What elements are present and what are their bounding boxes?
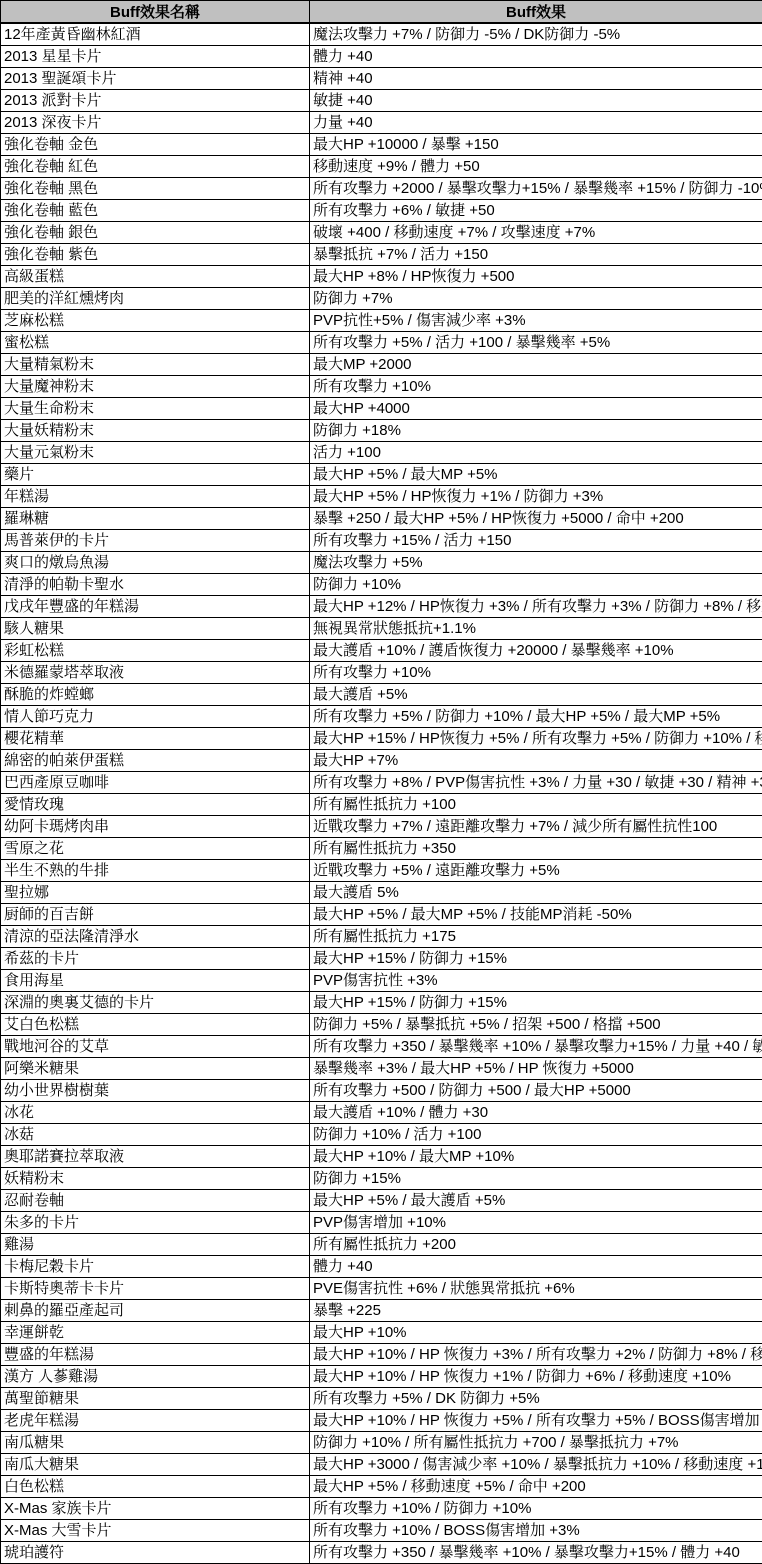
table-row: 大量精氣粉末 最大MP +2000: [1, 354, 762, 376]
item-name-cell: 強化卷軸 銀色: [1, 222, 310, 244]
table-row: 酥脆的炸螳螂 最大護盾 +5%: [1, 684, 762, 706]
table-row: 漢方 人蔘雞湯 最大HP +10% / HP 恢復力 +1% / 防御力 +6%…: [1, 1366, 762, 1388]
table-row: 高級蛋糕 最大HP +8% / HP恢復力 +500: [1, 266, 762, 288]
item-effect-cell: 所有攻擊力 +6% / 敏捷 +50: [310, 200, 762, 222]
item-name-cell: 半生不熟的牛排: [1, 860, 310, 882]
item-effect-cell: 活力 +100: [310, 442, 762, 464]
item-effect-cell: 所有屬性抵抗力 +200: [310, 1234, 762, 1256]
item-effect-cell: 最大護盾 5%: [310, 882, 762, 904]
item-effect-cell: 所有攻擊力 +2000 / 暴擊攻擊力+15% / 暴擊幾率 +15% / 防御…: [310, 178, 762, 200]
item-effect-cell: 防御力 +7%: [310, 288, 762, 310]
item-effect-cell: 暴擊 +225: [310, 1300, 762, 1322]
table-row: 駭人糖果 無視異常狀態抵抗+1.1%: [1, 618, 762, 640]
item-effect-cell: 最大HP +8% / HP恢復力 +500: [310, 266, 762, 288]
item-name-cell: 忍耐卷軸: [1, 1190, 310, 1212]
item-effect-cell: 近戰攻擊力 +7% / 遠距離攻擊力 +7% / 減少所有屬性抗性100: [310, 816, 762, 838]
table-row: 強化卷軸 金色 最大HP +10000 / 暴擊 +150: [1, 134, 762, 156]
table-row: 卡斯特奧蒂卡卡片 PVE傷害抗性 +6% / 狀態異常抵抗 +6%: [1, 1278, 762, 1300]
table-row: 芝麻松糕 PVP抗性+5% / 傷害減少率 +3%: [1, 310, 762, 332]
item-effect-cell: PVP抗性+5% / 傷害減少率 +3%: [310, 310, 762, 332]
item-effect-cell: 無視異常狀態抵抗+1.1%: [310, 618, 762, 640]
item-name-cell: 朱多的卡片: [1, 1212, 310, 1234]
table-row: 清淨的帕勒卡聖水 防御力 +10%: [1, 574, 762, 596]
item-effect-cell: 敏捷 +40: [310, 90, 762, 112]
item-name-cell: 幼小世界樹樹葉: [1, 1080, 310, 1102]
item-effect-cell: 防御力 +10% / 活力 +100: [310, 1124, 762, 1146]
item-name-cell: 大量魔神粉末: [1, 376, 310, 398]
table-row: 妖精粉末 防御力 +15%: [1, 1168, 762, 1190]
table-row: 幼阿卡瑪烤肉串 近戰攻擊力 +7% / 遠距離攻擊力 +7% / 減少所有屬性抗…: [1, 816, 762, 838]
item-name-cell: 南瓜糖果: [1, 1432, 310, 1454]
table-row: 食用海星 PVP傷害抗性 +3%: [1, 970, 762, 992]
item-name-cell: 藥片: [1, 464, 310, 486]
item-name-cell: 老虎年糕湯: [1, 1410, 310, 1432]
table-row: 強化卷軸 藍色 所有攻擊力 +6% / 敏捷 +50: [1, 200, 762, 222]
item-name-cell: 2013 星星卡片: [1, 46, 310, 68]
item-name-cell: 大量元氣粉末: [1, 442, 310, 464]
item-effect-cell: 所有攻擊力 +15% / 活力 +150: [310, 530, 762, 552]
item-name-cell: 希茲的卡片: [1, 948, 310, 970]
table-row: 卡梅尼穀卡片 體力 +40: [1, 1256, 762, 1278]
item-name-cell: 強化卷軸 黑色: [1, 178, 310, 200]
item-name-cell: 清淨的帕勒卡聖水: [1, 574, 310, 596]
item-name-cell: 戊戌年豐盛的年糕湯: [1, 596, 310, 618]
item-name-cell: 酥脆的炸螳螂: [1, 684, 310, 706]
table-row: 忍耐卷軸 最大HP +5% / 最大護盾 +5%: [1, 1190, 762, 1212]
item-name-cell: 雞湯: [1, 1234, 310, 1256]
item-effect-cell: 最大HP +7%: [310, 750, 762, 772]
item-name-cell: 駭人糖果: [1, 618, 310, 640]
item-name-cell: 幸運餅乾: [1, 1322, 310, 1344]
item-effect-cell: 最大HP +10% / HP 恢復力 +5% / 所有攻擊力 +5% / BOS…: [310, 1410, 762, 1432]
table-row: X-Mas 家族卡片 所有攻擊力 +10% / 防御力 +10%: [1, 1498, 762, 1520]
item-effect-cell: 所有屬性抵抗力 +100: [310, 794, 762, 816]
table-row: 藥片 最大HP +5% / 最大MP +5%: [1, 464, 762, 486]
item-effect-cell: 最大HP +10000 / 暴擊 +150: [310, 134, 762, 156]
table-row: 厨師的百吉餅 最大HP +5% / 最大MP +5% / 技能MP消耗 -50%: [1, 904, 762, 926]
item-name-cell: 白色松糕: [1, 1476, 310, 1498]
buff-table-body: 12年產黃昏幽林紅酒 魔法攻擊力 +7% / 防御力 -5% / DK防御力 -…: [1, 23, 762, 1564]
table-row: 馬普萊伊的卡片 所有攻擊力 +15% / 活力 +150: [1, 530, 762, 552]
item-effect-cell: 最大HP +10% / HP 恢復力 +1% / 防御力 +6% / 移動速度 …: [310, 1366, 762, 1388]
table-row: 羅琳糖 暴擊 +250 / 最大HP +5% / HP恢復力 +5000 / 命…: [1, 508, 762, 530]
table-row: 幼小世界樹樹葉 所有攻擊力 +500 / 防御力 +500 / 最大HP +50…: [1, 1080, 762, 1102]
table-row: 聖拉娜 最大護盾 5%: [1, 882, 762, 904]
item-effect-cell: 移動速度 +9% / 體力 +50: [310, 156, 762, 178]
item-effect-cell: 最大HP +5% / 最大護盾 +5%: [310, 1190, 762, 1212]
item-effect-cell: 體力 +40: [310, 1256, 762, 1278]
table-row: X-Mas 大雪卡片 所有攻擊力 +10% / BOSS傷害增加 +3%: [1, 1520, 762, 1542]
item-name-cell: 強化卷軸 金色: [1, 134, 310, 156]
item-name-cell: 米德羅蒙塔萃取液: [1, 662, 310, 684]
item-effect-cell: 所有攻擊力 +350 / 暴擊幾率 +10% / 暴擊攻擊力+15% / 體力 …: [310, 1542, 762, 1564]
item-effect-cell: 防御力 +15%: [310, 1168, 762, 1190]
table-row: 米德羅蒙塔萃取液 所有攻擊力 +10%: [1, 662, 762, 684]
table-row: 半生不熟的牛排 近戰攻擊力 +5% / 遠距離攻擊力 +5%: [1, 860, 762, 882]
item-effect-cell: 最大HP +3000 / 傷害減少率 +10% / 暴擊抵抗力 +10% / 移…: [310, 1454, 762, 1476]
table-row: 戰地河谷的艾草 所有攻擊力 +350 / 暴擊幾率 +10% / 暴擊攻擊力+1…: [1, 1036, 762, 1058]
table-row: 南瓜大糖果 最大HP +3000 / 傷害減少率 +10% / 暴擊抵抗力 +1…: [1, 1454, 762, 1476]
item-name-cell: 爽口的燉烏魚湯: [1, 552, 310, 574]
item-name-cell: 大量精氣粉末: [1, 354, 310, 376]
table-row: 戊戌年豐盛的年糕湯 最大HP +12% / HP恢復力 +3% / 所有攻擊力 …: [1, 596, 762, 618]
item-effect-cell: 所有攻擊力 +8% / PVP傷害抗性 +3% / 力量 +30 / 敏捷 +3…: [310, 772, 762, 794]
item-name-cell: X-Mas 大雪卡片: [1, 1520, 310, 1542]
table-row: 年糕湯 最大HP +5% / HP恢復力 +1% / 防御力 +3%: [1, 486, 762, 508]
item-effect-cell: 精神 +40: [310, 68, 762, 90]
item-effect-cell: 魔法攻擊力 +7% / 防御力 -5% / DK防御力 -5%: [310, 23, 762, 46]
item-effect-cell: 最大HP +10% / HP 恢復力 +3% / 所有攻擊力 +2% / 防御力…: [310, 1344, 762, 1366]
item-name-cell: 肥美的洋紅燻烤肉: [1, 288, 310, 310]
item-name-cell: 強化卷軸 紅色: [1, 156, 310, 178]
table-row: 大量妖精粉末 防御力 +18%: [1, 420, 762, 442]
buff-effects-table: Buff效果名稱 Buff效果 12年產黃昏幽林紅酒 魔法攻擊力 +7% / 防…: [0, 0, 762, 1564]
table-row: 2013 聖誕頌卡片 精神 +40: [1, 68, 762, 90]
item-name-cell: 大量生命粉末: [1, 398, 310, 420]
table-row: 強化卷軸 紫色 暴擊抵抗 +7% / 活力 +150: [1, 244, 762, 266]
item-name-cell: 強化卷軸 紫色: [1, 244, 310, 266]
item-name-cell: 冰菇: [1, 1124, 310, 1146]
table-row: 強化卷軸 紅色 移動速度 +9% / 體力 +50: [1, 156, 762, 178]
table-row: 強化卷軸 銀色 破壞 +400 / 移動速度 +7% / 攻擊速度 +7%: [1, 222, 762, 244]
item-name-cell: 芝麻松糕: [1, 310, 310, 332]
table-row: 愛情玫瑰 所有屬性抵抗力 +100: [1, 794, 762, 816]
item-name-cell: 卡梅尼穀卡片: [1, 1256, 310, 1278]
item-name-cell: 2013 派對卡片: [1, 90, 310, 112]
item-name-cell: 綿密的帕萊伊蛋糕: [1, 750, 310, 772]
item-name-cell: 馬普萊伊的卡片: [1, 530, 310, 552]
item-effect-cell: PVE傷害抗性 +6% / 狀態異常抵抗 +6%: [310, 1278, 762, 1300]
table-row: 大量生命粉末 最大HP +4000: [1, 398, 762, 420]
item-effect-cell: 所有攻擊力 +5% / 防御力 +10% / 最大HP +5% / 最大MP +…: [310, 706, 762, 728]
table-row: 大量魔神粉末 所有攻擊力 +10%: [1, 376, 762, 398]
item-name-cell: 戰地河谷的艾草: [1, 1036, 310, 1058]
item-effect-cell: 最大HP +15% / 防御力 +15%: [310, 948, 762, 970]
table-row: 綿密的帕萊伊蛋糕 最大HP +7%: [1, 750, 762, 772]
table-row: 冰菇 防御力 +10% / 活力 +100: [1, 1124, 762, 1146]
item-effect-cell: 破壞 +400 / 移動速度 +7% / 攻擊速度 +7%: [310, 222, 762, 244]
item-name-cell: 冰花: [1, 1102, 310, 1124]
item-effect-cell: 防御力 +18%: [310, 420, 762, 442]
item-effect-cell: 所有攻擊力 +5% / DK 防御力 +5%: [310, 1388, 762, 1410]
item-effect-cell: 所有攻擊力 +350 / 暴擊幾率 +10% / 暴擊攻擊力+15% / 力量 …: [310, 1036, 762, 1058]
item-effect-cell: 所有攻擊力 +500 / 防御力 +500 / 最大HP +5000: [310, 1080, 762, 1102]
table-row: 艾白色松糕 防御力 +5% / 暴擊抵抗 +5% / 招架 +500 / 格擋 …: [1, 1014, 762, 1036]
table-row: 冰花 最大護盾 +10% / 體力 +30: [1, 1102, 762, 1124]
table-row: 強化卷軸 黑色 所有攻擊力 +2000 / 暴擊攻擊力+15% / 暴擊幾率 +…: [1, 178, 762, 200]
table-row: 萬聖節糖果 所有攻擊力 +5% / DK 防御力 +5%: [1, 1388, 762, 1410]
table-header-row: Buff效果名稱 Buff效果: [1, 1, 762, 24]
item-effect-cell: 魔法攻擊力 +5%: [310, 552, 762, 574]
table-row: 櫻花精華 最大HP +15% / HP恢復力 +5% / 所有攻擊力 +5% /…: [1, 728, 762, 750]
item-effect-cell: 最大HP +4000: [310, 398, 762, 420]
column-header-buff-name: Buff效果名稱: [1, 1, 310, 24]
table-row: 雪原之花 所有屬性抵抗力 +350: [1, 838, 762, 860]
table-row: 希茲的卡片 最大HP +15% / 防御力 +15%: [1, 948, 762, 970]
item-effect-cell: 暴擊幾率 +3% / 最大HP +5% / HP 恢復力 +5000: [310, 1058, 762, 1080]
table-row: 雞湯 所有屬性抵抗力 +200: [1, 1234, 762, 1256]
item-name-cell: 萬聖節糖果: [1, 1388, 310, 1410]
table-row: 爽口的燉烏魚湯 魔法攻擊力 +5%: [1, 552, 762, 574]
item-name-cell: 刺鼻的羅亞產起司: [1, 1300, 310, 1322]
item-name-cell: 艾白色松糕: [1, 1014, 310, 1036]
item-name-cell: 深淵的奧裏艾德的卡片: [1, 992, 310, 1014]
item-name-cell: 雪原之花: [1, 838, 310, 860]
item-effect-cell: 最大HP +12% / HP恢復力 +3% / 所有攻擊力 +3% / 防御力 …: [310, 596, 762, 618]
item-effect-cell: 最大HP +10% / 最大MP +10%: [310, 1146, 762, 1168]
item-name-cell: X-Mas 家族卡片: [1, 1498, 310, 1520]
table-row: 大量元氣粉末 活力 +100: [1, 442, 762, 464]
item-effect-cell: 所有攻擊力 +10%: [310, 662, 762, 684]
table-row: 老虎年糕湯 最大HP +10% / HP 恢復力 +5% / 所有攻擊力 +5%…: [1, 1410, 762, 1432]
item-name-cell: 12年產黃昏幽林紅酒: [1, 23, 310, 46]
table-row: 2013 星星卡片 體力 +40: [1, 46, 762, 68]
item-effect-cell: 最大HP +5% / HP恢復力 +1% / 防御力 +3%: [310, 486, 762, 508]
item-name-cell: 妖精粉末: [1, 1168, 310, 1190]
item-name-cell: 豐盛的年糕湯: [1, 1344, 310, 1366]
item-name-cell: 年糕湯: [1, 486, 310, 508]
item-effect-cell: 所有攻擊力 +10% / BOSS傷害增加 +3%: [310, 1520, 762, 1542]
item-name-cell: 食用海星: [1, 970, 310, 992]
item-effect-cell: 最大HP +5% / 移動速度 +5% / 命中 +200: [310, 1476, 762, 1498]
item-effect-cell: 所有屬性抵抗力 +350: [310, 838, 762, 860]
item-effect-cell: 力量 +40: [310, 112, 762, 134]
table-row: 奧耶諾賽拉萃取液 最大HP +10% / 最大MP +10%: [1, 1146, 762, 1168]
item-name-cell: 大量妖精粉末: [1, 420, 310, 442]
table-row: 豐盛的年糕湯 最大HP +10% / HP 恢復力 +3% / 所有攻擊力 +2…: [1, 1344, 762, 1366]
item-name-cell: 琥珀護符: [1, 1542, 310, 1564]
column-header-buff-effect: Buff效果: [310, 1, 762, 24]
table-row: 白色松糕 最大HP +5% / 移動速度 +5% / 命中 +200: [1, 1476, 762, 1498]
table-row: 肥美的洋紅燻烤肉 防御力 +7%: [1, 288, 762, 310]
item-effect-cell: PVP傷害抗性 +3%: [310, 970, 762, 992]
item-name-cell: 巴西產原豆咖啡: [1, 772, 310, 794]
item-name-cell: 漢方 人蔘雞湯: [1, 1366, 310, 1388]
item-name-cell: 厨師的百吉餅: [1, 904, 310, 926]
table-row: 2013 派對卡片 敏捷 +40: [1, 90, 762, 112]
item-effect-cell: 所有攻擊力 +5% / 活力 +100 / 暴擊幾率 +5%: [310, 332, 762, 354]
item-effect-cell: 最大護盾 +5%: [310, 684, 762, 706]
item-effect-cell: 最大HP +5% / 最大MP +5% / 技能MP消耗 -50%: [310, 904, 762, 926]
item-name-cell: 羅琳糖: [1, 508, 310, 530]
item-name-cell: 彩虹松糕: [1, 640, 310, 662]
item-name-cell: 幼阿卡瑪烤肉串: [1, 816, 310, 838]
item-name-cell: 聖拉娜: [1, 882, 310, 904]
item-effect-cell: 最大HP +5% / 最大MP +5%: [310, 464, 762, 486]
table-row: 幸運餅乾 最大HP +10%: [1, 1322, 762, 1344]
item-name-cell: 情人節巧克力: [1, 706, 310, 728]
item-effect-cell: 最大MP +2000: [310, 354, 762, 376]
table-row: 彩虹松糕 最大護盾 +10% / 護盾恢復力 +20000 / 暴擊幾率 +10…: [1, 640, 762, 662]
item-effect-cell: 所有屬性抵抗力 +175: [310, 926, 762, 948]
table-row: 情人節巧克力 所有攻擊力 +5% / 防御力 +10% / 最大HP +5% /…: [1, 706, 762, 728]
item-name-cell: 清涼的亞法隆清淨水: [1, 926, 310, 948]
item-effect-cell: 體力 +40: [310, 46, 762, 68]
item-name-cell: 蜜松糕: [1, 332, 310, 354]
table-row: 南瓜糖果 防御力 +10% / 所有屬性抵抗力 +700 / 暴擊抵抗力 +7%: [1, 1432, 762, 1454]
item-effect-cell: 暴擊抵抗 +7% / 活力 +150: [310, 244, 762, 266]
item-effect-cell: 最大HP +10%: [310, 1322, 762, 1344]
item-effect-cell: 所有攻擊力 +10% / 防御力 +10%: [310, 1498, 762, 1520]
item-effect-cell: 最大護盾 +10% / 護盾恢復力 +20000 / 暴擊幾率 +10%: [310, 640, 762, 662]
item-name-cell: 南瓜大糖果: [1, 1454, 310, 1476]
item-effect-cell: 防御力 +5% / 暴擊抵抗 +5% / 招架 +500 / 格擋 +500: [310, 1014, 762, 1036]
item-name-cell: 愛情玫瑰: [1, 794, 310, 816]
item-effect-cell: 最大HP +15% / HP恢復力 +5% / 所有攻擊力 +5% / 防御力 …: [310, 728, 762, 750]
item-name-cell: 2013 聖誕頌卡片: [1, 68, 310, 90]
item-effect-cell: 最大HP +15% / 防御力 +15%: [310, 992, 762, 1014]
item-effect-cell: 最大護盾 +10% / 體力 +30: [310, 1102, 762, 1124]
item-effect-cell: 所有攻擊力 +10%: [310, 376, 762, 398]
item-name-cell: 高級蛋糕: [1, 266, 310, 288]
table-row: 清涼的亞法隆清淨水 所有屬性抵抗力 +175: [1, 926, 762, 948]
item-name-cell: 強化卷軸 藍色: [1, 200, 310, 222]
table-row: 刺鼻的羅亞產起司 暴擊 +225: [1, 1300, 762, 1322]
table-row: 朱多的卡片 PVP傷害增加 +10%: [1, 1212, 762, 1234]
item-effect-cell: 近戰攻擊力 +5% / 遠距離攻擊力 +5%: [310, 860, 762, 882]
table-row: 2013 深夜卡片 力量 +40: [1, 112, 762, 134]
item-effect-cell: 防御力 +10% / 所有屬性抵抗力 +700 / 暴擊抵抗力 +7%: [310, 1432, 762, 1454]
item-name-cell: 阿樂米糖果: [1, 1058, 310, 1080]
table-row: 蜜松糕 所有攻擊力 +5% / 活力 +100 / 暴擊幾率 +5%: [1, 332, 762, 354]
table-row: 深淵的奧裏艾德的卡片 最大HP +15% / 防御力 +15%: [1, 992, 762, 1014]
item-effect-cell: 暴擊 +250 / 最大HP +5% / HP恢復力 +5000 / 命中 +2…: [310, 508, 762, 530]
item-name-cell: 2013 深夜卡片: [1, 112, 310, 134]
table-row: 巴西產原豆咖啡 所有攻擊力 +8% / PVP傷害抗性 +3% / 力量 +30…: [1, 772, 762, 794]
table-row: 琥珀護符 所有攻擊力 +350 / 暴擊幾率 +10% / 暴擊攻擊力+15% …: [1, 1542, 762, 1564]
item-name-cell: 奧耶諾賽拉萃取液: [1, 1146, 310, 1168]
item-effect-cell: PVP傷害增加 +10%: [310, 1212, 762, 1234]
item-name-cell: 櫻花精華: [1, 728, 310, 750]
item-effect-cell: 防御力 +10%: [310, 574, 762, 596]
item-name-cell: 卡斯特奧蒂卡卡片: [1, 1278, 310, 1300]
table-row: 12年產黃昏幽林紅酒 魔法攻擊力 +7% / 防御力 -5% / DK防御力 -…: [1, 23, 762, 46]
table-row: 阿樂米糖果 暴擊幾率 +3% / 最大HP +5% / HP 恢復力 +5000: [1, 1058, 762, 1080]
